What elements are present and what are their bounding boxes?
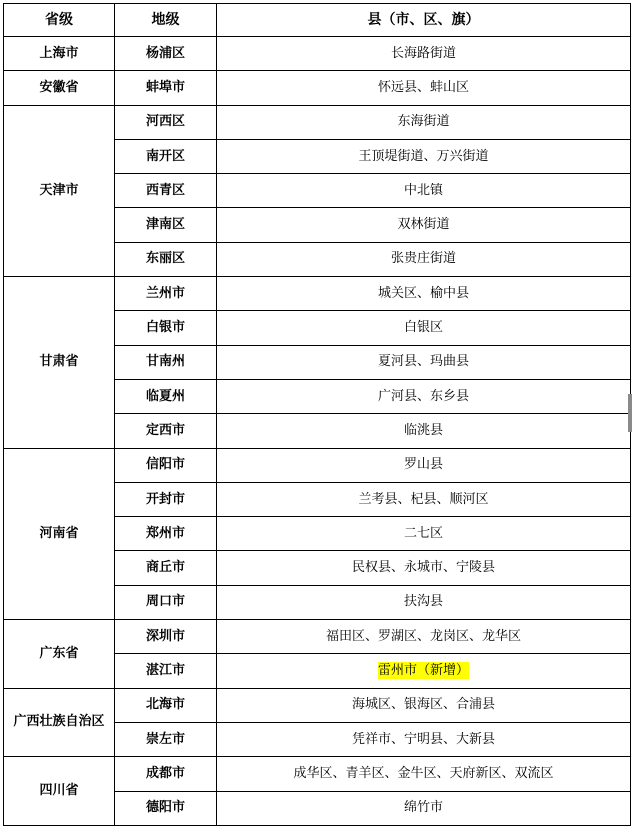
- city-cell: 成都市: [115, 757, 217, 791]
- city-cell: 东丽区: [115, 242, 217, 276]
- county-cell: 长海路街道: [217, 37, 631, 71]
- city-cell: 深圳市: [115, 620, 217, 654]
- city-cell: 北海市: [115, 688, 217, 722]
- city-cell: 甘南州: [115, 345, 217, 379]
- county-cell: 罗山县: [217, 448, 631, 482]
- county-cell: 白银区: [217, 311, 631, 345]
- city-cell: 河西区: [115, 105, 217, 139]
- table-row: 广西壮族自治区 北海市 海城区、银海区、合浦县: [4, 688, 631, 722]
- city-cell: 杨浦区: [115, 37, 217, 71]
- province-cell: 四川省: [4, 757, 115, 826]
- table-row: 甘肃省 兰州市 城关区、榆中县: [4, 277, 631, 311]
- province-cell: 广西壮族自治区: [4, 688, 115, 757]
- city-cell: 商丘市: [115, 551, 217, 585]
- city-cell: 白银市: [115, 311, 217, 345]
- province-cell: 天津市: [4, 105, 115, 276]
- county-cell: 广河县、东乡县: [217, 379, 631, 413]
- city-cell: 临夏州: [115, 379, 217, 413]
- city-cell: 崇左市: [115, 722, 217, 756]
- county-cell: 兰考县、杞县、顺河区: [217, 482, 631, 516]
- county-cell: 扶沟县: [217, 585, 631, 619]
- county-cell: 王顶堤街道、万兴街道: [217, 139, 631, 173]
- table-header-row: 省级 地级 县（市、区、旗）: [4, 4, 631, 37]
- county-cell: 张贵庄街道: [217, 242, 631, 276]
- header-county: 县（市、区、旗）: [217, 4, 631, 37]
- county-cell: 民权县、永城市、宁陵县: [217, 551, 631, 585]
- city-cell: 德阳市: [115, 791, 217, 825]
- city-cell: 湛江市: [115, 654, 217, 688]
- table-row: 广东省 深圳市 福田区、罗湖区、龙岗区、龙华区: [4, 620, 631, 654]
- county-cell: 凭祥市、宁明县、大新县: [217, 722, 631, 756]
- county-cell: 东海街道: [217, 105, 631, 139]
- new-addition-highlight: 雷州市（新增）: [378, 662, 469, 679]
- county-cell-highlighted: 雷州市（新增）: [217, 654, 631, 688]
- city-cell: 西青区: [115, 174, 217, 208]
- table-row: 安徽省 蚌埠市 怀远县、蚌山区: [4, 71, 631, 105]
- county-cell: 双林街道: [217, 208, 631, 242]
- table-row: 上海市 杨浦区 长海路街道: [4, 37, 631, 71]
- county-cell: 二七区: [217, 517, 631, 551]
- city-cell: 周口市: [115, 585, 217, 619]
- county-cell: 中北镇: [217, 174, 631, 208]
- city-cell: 开封市: [115, 482, 217, 516]
- table-row: 天津市 河西区 东海街道: [4, 105, 631, 139]
- county-cell: 绵竹市: [217, 791, 631, 825]
- county-cell: 怀远县、蚌山区: [217, 71, 631, 105]
- county-cell: 临洮县: [217, 414, 631, 448]
- county-cell: 福田区、罗湖区、龙岗区、龙华区: [217, 620, 631, 654]
- province-cell: 甘肃省: [4, 277, 115, 448]
- province-cell: 河南省: [4, 448, 115, 619]
- table-row: 四川省 成都市 成华区、青羊区、金牛区、天府新区、双流区: [4, 757, 631, 791]
- county-cell: 成华区、青羊区、金牛区、天府新区、双流区: [217, 757, 631, 791]
- city-cell: 定西市: [115, 414, 217, 448]
- table-row: 河南省 信阳市 罗山县: [4, 448, 631, 482]
- city-cell: 兰州市: [115, 277, 217, 311]
- county-cell: 夏河县、玛曲县: [217, 345, 631, 379]
- province-cell: 上海市: [4, 37, 115, 71]
- county-cell: 城关区、榆中县: [217, 277, 631, 311]
- city-cell: 蚌埠市: [115, 71, 217, 105]
- header-prefecture: 地级: [115, 4, 217, 37]
- scrollbar-handle[interactable]: [628, 394, 632, 432]
- region-table: 省级 地级 县（市、区、旗） 上海市 杨浦区 长海路街道 安徽省 蚌埠市 怀远县…: [3, 3, 631, 826]
- header-province: 省级: [4, 4, 115, 37]
- city-cell: 信阳市: [115, 448, 217, 482]
- county-cell: 海城区、银海区、合浦县: [217, 688, 631, 722]
- city-cell: 津南区: [115, 208, 217, 242]
- province-cell: 广东省: [4, 620, 115, 689]
- province-cell: 安徽省: [4, 71, 115, 105]
- city-cell: 郑州市: [115, 517, 217, 551]
- city-cell: 南开区: [115, 139, 217, 173]
